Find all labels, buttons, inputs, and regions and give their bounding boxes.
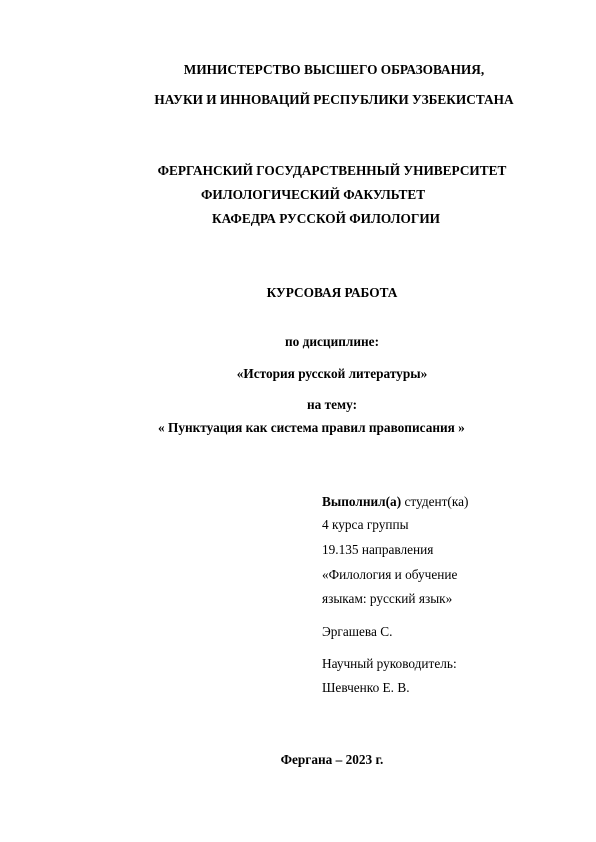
course-line: 4 курса группы — [322, 517, 409, 533]
department-name: КАФЕДРА РУССКОЙ ФИЛОЛОГИИ — [212, 211, 440, 227]
work-type: КУРСОВАЯ РАБОТА — [0, 285, 596, 301]
topic-label: на тему: — [0, 397, 596, 413]
performed-suffix: студент(ка) — [401, 494, 468, 509]
discipline-label: по дисциплине: — [0, 334, 596, 350]
group-line: 19.135 направления — [322, 542, 433, 558]
university-name: ФЕРГАНСКИЙ ГОСУДАРСТВЕННЫЙ УНИВЕРСИТЕТ — [0, 163, 596, 179]
direction-line-2: языкам: русский язык» — [322, 591, 452, 607]
discipline-name: «История русской литературы» — [0, 366, 596, 382]
ministry-line-2: НАУКИ И ИННОВАЦИЙ РЕСПУБЛИКИ УЗБЕКИСТАНА — [0, 92, 596, 108]
performed-label: Выполнил(а) — [322, 494, 401, 509]
topic-title: « Пунктуация как система правил правопис… — [158, 420, 465, 436]
direction-line-1: «Филология и обучение — [322, 567, 457, 583]
performed-by: Выполнил(а) студент(ка) — [322, 494, 468, 510]
city-year: Фергана – 2023 г. — [0, 752, 596, 768]
ministry-line-1: МИНИСТЕРСТВО ВЫСШЕГО ОБРАЗОВАНИЯ, — [0, 62, 596, 78]
student-name: Эргашева С. — [322, 624, 392, 640]
supervisor-label: Научный руководитель: — [322, 656, 457, 672]
faculty-name: ФИЛОЛОГИЧЕСКИЙ ФАКУЛЬТЕТ — [201, 187, 425, 203]
supervisor-name: Шевченко Е. В. — [322, 680, 410, 696]
